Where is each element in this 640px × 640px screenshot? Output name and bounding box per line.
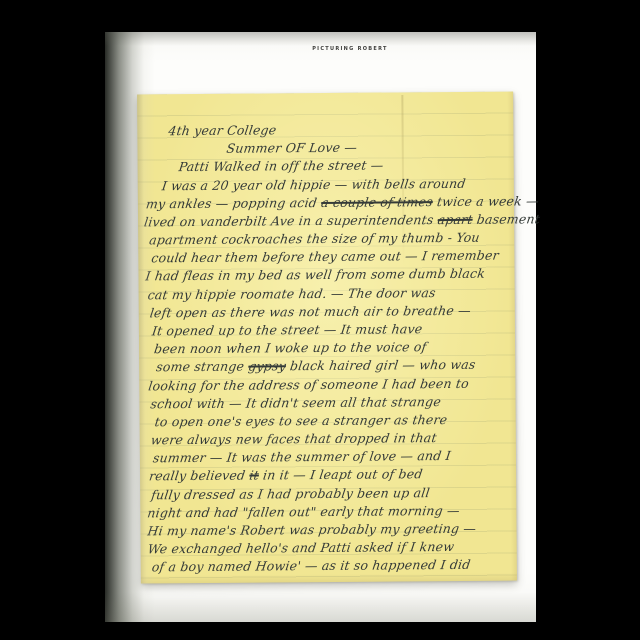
handwritten-text: We exchanged hello's and Patti asked if … [147, 539, 455, 556]
handwritten-text: night and had "fallen out" early that mo… [147, 503, 461, 520]
handwritten-text: were always new faces that dropped in th… [150, 430, 438, 447]
handwritten-line: my ankles — popping acid a couple of tim… [145, 193, 540, 211]
handwritten-line: Patti Walked in off the street — [178, 157, 385, 174]
handwritten-text: black haired girl — who was [285, 357, 477, 374]
handwritten-line: fully dressed as I had probably been up … [150, 485, 430, 502]
struck-out-word: apart [437, 212, 474, 227]
handwritten-line: Hi my name's Robert was probably my gree… [147, 521, 478, 539]
handwritten-text: apartment cockroaches the size of my thu… [148, 230, 480, 248]
handwritten-text: twice a week — [432, 193, 540, 209]
handwritten-text: my ankles — popping acid [145, 195, 322, 211]
handwritten-text: of a boy named Howie' — as it so happene… [151, 557, 472, 575]
handwritten-line: 4th year College [168, 122, 278, 138]
handwritten-line: cat my hippie roomate had. — The door wa… [147, 285, 437, 302]
handwritten-line: some strange gypsy black haired girl — w… [155, 357, 476, 375]
handwritten-line: Summer OF Love — [226, 140, 359, 156]
handwritten-line: were always new faces that dropped in th… [150, 430, 438, 447]
handwritten-line: I had fleas in my bed as well from some … [145, 266, 486, 284]
handwritten-text: really believed [148, 468, 250, 484]
handwritten-text: could hear them before they came out — I… [151, 248, 500, 266]
handwritten-line: of a boy named Howie' — as it so happene… [151, 557, 472, 575]
handwritten-text: some strange [155, 359, 249, 375]
handwritten-text: school with — It didn't seem all that st… [150, 394, 442, 411]
handwritten-line: lived on vanderbilt Ave in a superintend… [143, 211, 541, 229]
handwritten-text: I was a 20 year old hippie — with bells … [161, 176, 467, 193]
handwritten-text: lived on vanderbilt Ave in a superintend… [143, 212, 439, 229]
handwritten-line: summer — It was the summer of love — and… [152, 448, 452, 465]
handwritten-text: summer — It was the summer of love — and… [152, 448, 452, 465]
handwritten-text: in it — I leapt out of bed [258, 466, 424, 482]
handwritten-line: really believed it in it — I leapt out o… [148, 466, 423, 483]
handwritten-text: left open as there was not much air to b… [149, 303, 472, 321]
photo-frame: PICTURING ROBERT 4th year CollegeSummer … [0, 0, 640, 640]
handwritten-line: looking for the address of someone I had… [148, 376, 470, 394]
handwritten-line: could hear them before they came out — I… [151, 248, 500, 266]
handwritten-line: to open one's eyes to see a stranger as … [154, 412, 449, 429]
handwritten-text: fully dressed as I had probably been up … [150, 485, 430, 502]
handwritten-line: apartment cockroaches the size of my thu… [148, 230, 480, 248]
handwritten-line: been noon when I woke up to the voice of [153, 339, 427, 356]
handwriting-lines: 4th year CollegeSummer OF Love —Patti Wa… [0, 0, 640, 640]
handwritten-line: I was a 20 year old hippie — with bells … [161, 176, 467, 193]
handwritten-line: school with — It didn't seem all that st… [150, 394, 442, 411]
struck-out-word: a couple of times [320, 194, 434, 210]
handwritten-text: I had fleas in my bed as well from some … [145, 266, 486, 284]
handwritten-text: looking for the address of someone I had… [148, 376, 470, 394]
struck-out-word: gypsy [247, 358, 287, 373]
handwritten-line: left open as there was not much air to b… [149, 303, 472, 321]
handwritten-text: basement [472, 211, 541, 227]
handwritten-line: It opened up to the street — It must hav… [151, 321, 423, 338]
handwritten-text: Hi my name's Robert was probably my gree… [147, 521, 478, 539]
handwritten-text: Patti Walked in off the street — [178, 157, 385, 174]
handwritten-text: been noon when I woke up to the voice of [153, 339, 427, 356]
handwritten-text: cat my hippie roomate had. — The door wa… [147, 285, 437, 302]
handwritten-text: 4th year College [168, 122, 278, 138]
handwritten-line: night and had "fallen out" early that mo… [147, 503, 461, 520]
handwritten-line: We exchanged hello's and Patti asked if … [147, 539, 455, 556]
handwritten-text: to open one's eyes to see a stranger as … [154, 412, 449, 429]
handwritten-text: It opened up to the street — It must hav… [151, 321, 423, 338]
handwritten-text: Summer OF Love — [226, 140, 359, 156]
